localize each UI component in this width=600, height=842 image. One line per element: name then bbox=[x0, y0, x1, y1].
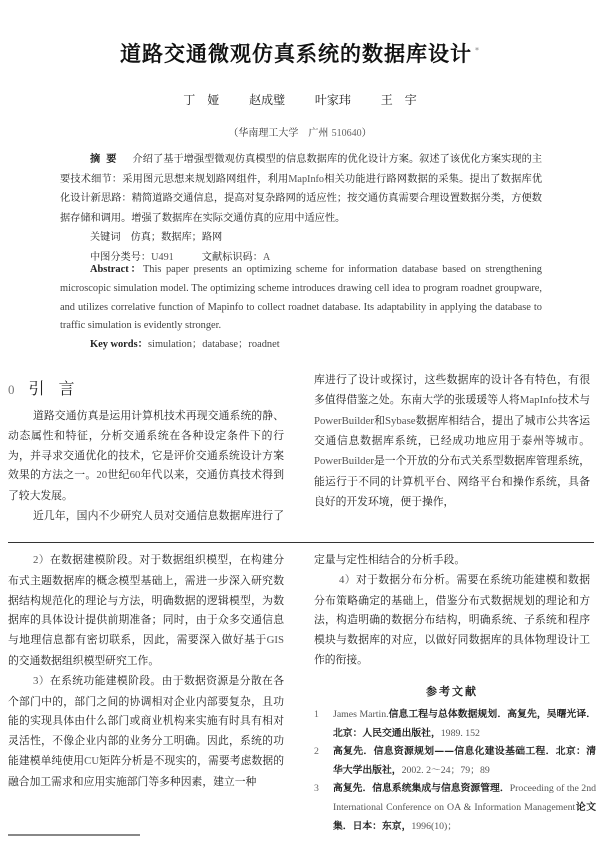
reference-item: 1 James Martin.信息工程与总体数据规划．高复先，吴曙光译．北京：人… bbox=[314, 706, 596, 743]
text-span: 对于数据分布分析。需要在系统功能建模和数据分布策略确定的基础上，借鉴分布式数据规… bbox=[314, 573, 590, 666]
text-span: 在数据建模阶段。对于数据组织模型，在构建分布式主题数据库的概念模型基础上，需进一… bbox=[8, 553, 284, 646]
keywords-en-label: Key words： bbox=[90, 339, 148, 350]
section-heading-introduction: 0引言 bbox=[8, 376, 89, 399]
intro-left-column: 道路交通仿真是运用计算机技术再现交通系统的静、动态属性和特征，分析交通系统在各种… bbox=[8, 406, 284, 526]
reference-item: 3 高复先．信息系统集成与信息资源管理．Proceeding of the 2n… bbox=[314, 780, 596, 836]
reference-number: 3 bbox=[314, 780, 319, 799]
author: 丁 娅 bbox=[183, 93, 219, 107]
references-heading: 参考文献 bbox=[314, 683, 590, 699]
keywords-en-line: Key words：simulation；database；roadnet bbox=[60, 336, 542, 355]
intro-paragraph-2-continued: 库进行了设计或探讨，这些数据库的设计各有特色，有很多值得借鉴之处。东南大学的张瑗… bbox=[314, 370, 590, 512]
author: 叶家玮 bbox=[315, 93, 351, 107]
reference-tail: 1989. 152 bbox=[441, 728, 480, 739]
author: 赵成璧 bbox=[249, 93, 285, 107]
cu-term: CU bbox=[84, 755, 99, 767]
gis-term: GIS bbox=[267, 634, 284, 646]
text-span: 世纪 bbox=[107, 468, 129, 481]
keywords-value: 仿真；数据库；路网 bbox=[131, 232, 223, 243]
item-number: 2） bbox=[33, 554, 50, 566]
section-number: 0 bbox=[8, 382, 15, 397]
footnote-rule bbox=[8, 834, 140, 836]
affiliation-name: （华南理工大学 广州 bbox=[228, 128, 328, 139]
sybase-term: Sybase bbox=[385, 415, 416, 427]
postcode: 510640 bbox=[332, 128, 362, 139]
mapinfo-term: MapInfo bbox=[520, 394, 558, 406]
mapinfo-term: MapInfo bbox=[288, 174, 324, 185]
paper-title: 道路交通微观仿真系统的数据库设计* bbox=[0, 38, 600, 68]
section-title: 引言 bbox=[29, 379, 89, 398]
reference-number: 2 bbox=[314, 743, 319, 762]
reference-author: James Martin. bbox=[333, 709, 389, 720]
lower-left-column: 2）在数据建模阶段。对于数据组织模型，在构建分布式主题数据库的概念模型基础上，需… bbox=[8, 550, 284, 792]
intro-right-column: 库进行了设计或探讨，这些数据库的设计各有特色，有很多值得借鉴之处。东南大学的张瑗… bbox=[314, 370, 590, 512]
page-divider bbox=[8, 542, 594, 543]
intro-paragraph-2-start: 近几年，国内不少研究人员对交通信息数据库进行了设计或探讨，这些数据库的设计各有特… bbox=[8, 506, 284, 526]
powerbuilder-term: PowerBuilder bbox=[314, 455, 374, 467]
reference-tail: 2002. 2～24；79；89 bbox=[402, 765, 490, 776]
affiliation: （华南理工大学 广州 510640） bbox=[0, 124, 600, 139]
lower-right-column: 定量与定性相结合的分析手段。 4）对于数据分布分析。需要在系统功能建模和数据分布… bbox=[314, 550, 590, 670]
item-2-paragraph: 2）在数据建模阶段。对于数据组织模型，在构建分布式主题数据库的概念模型基础上，需… bbox=[8, 550, 284, 671]
abstract-body: 摘要介绍了基于增强型微观仿真模型的信息数据库的优化设计方案。叙述了该优化方案实现… bbox=[60, 150, 542, 228]
keywords-line: 关键词仿真；数据库；路网 bbox=[60, 228, 542, 248]
reference-list: 1 James Martin.信息工程与总体数据规划．高复先，吴曙光译．北京：人… bbox=[314, 706, 596, 836]
footnote-mark: * bbox=[475, 46, 480, 55]
author: 王 宇 bbox=[381, 93, 417, 107]
keywords-label: 关键词 bbox=[90, 232, 121, 243]
text-span: 技术与 bbox=[558, 393, 590, 406]
item-4-paragraph: 4）对于数据分布分析。需要在系统功能建模和数据分布策略确定的基础上，借鉴分布式数… bbox=[314, 570, 590, 670]
text-span: 和 bbox=[374, 414, 385, 427]
powerbuilder-term: PowerBuilder bbox=[314, 415, 374, 427]
reference-tail: 1996(10)； bbox=[411, 821, 457, 832]
item-3-continued: 定量与定性相结合的分析手段。 bbox=[314, 550, 590, 570]
text-span: 的交通数据组织模型研究工作。 bbox=[8, 654, 159, 667]
abstract-label: 摘要 bbox=[90, 154, 122, 165]
item-number: 3） bbox=[33, 675, 50, 687]
number-span: 20 bbox=[96, 469, 107, 481]
keywords-en-value: simulation；database；roadnet bbox=[148, 339, 280, 350]
paper-page: 道路交通微观仿真系统的数据库设计* 丁 娅 赵成璧 叶家玮 王 宇 （华南理工大… bbox=[0, 0, 600, 842]
item-3-paragraph: 3）在系统功能建模阶段。由于数据资源是分散在各个部门中的，部门之间的协调相对企业… bbox=[8, 671, 284, 792]
text-span: 近几年，国内不少研究人员对交通信息数据库进行了设计或探讨，这些数据库的设计各有特… bbox=[8, 509, 284, 526]
item-number: 4） bbox=[339, 574, 356, 586]
abstract-english: Abstract：This paper presents an optimizi… bbox=[60, 261, 542, 355]
intro-paragraph-1: 道路交通仿真是运用计算机技术再现交通系统的静、动态属性和特征，分析交通系统在各种… bbox=[8, 406, 284, 506]
number-span: 60 bbox=[130, 469, 141, 481]
abstract-en-label: Abstract： bbox=[90, 264, 143, 275]
title-text: 道路交通微观仿真系统的数据库设计 bbox=[120, 42, 472, 66]
abstract-chinese: 摘要介绍了基于增强型微观仿真模型的信息数据库的优化设计方案。叙述了该优化方案实现… bbox=[60, 150, 542, 268]
author-list: 丁 娅 赵成璧 叶家玮 王 宇 bbox=[0, 91, 600, 108]
reference-number: 1 bbox=[314, 706, 319, 725]
abstract-en-body: Abstract：This paper presents an optimizi… bbox=[60, 261, 542, 336]
reference-text: 高复先．信息系统集成与信息资源管理． bbox=[333, 783, 510, 794]
reference-item: 2 高复先．信息资源规划——信息化建设基础工程．北京：清华大学出版社，2002.… bbox=[314, 743, 596, 780]
affiliation-close: ） bbox=[362, 128, 372, 139]
